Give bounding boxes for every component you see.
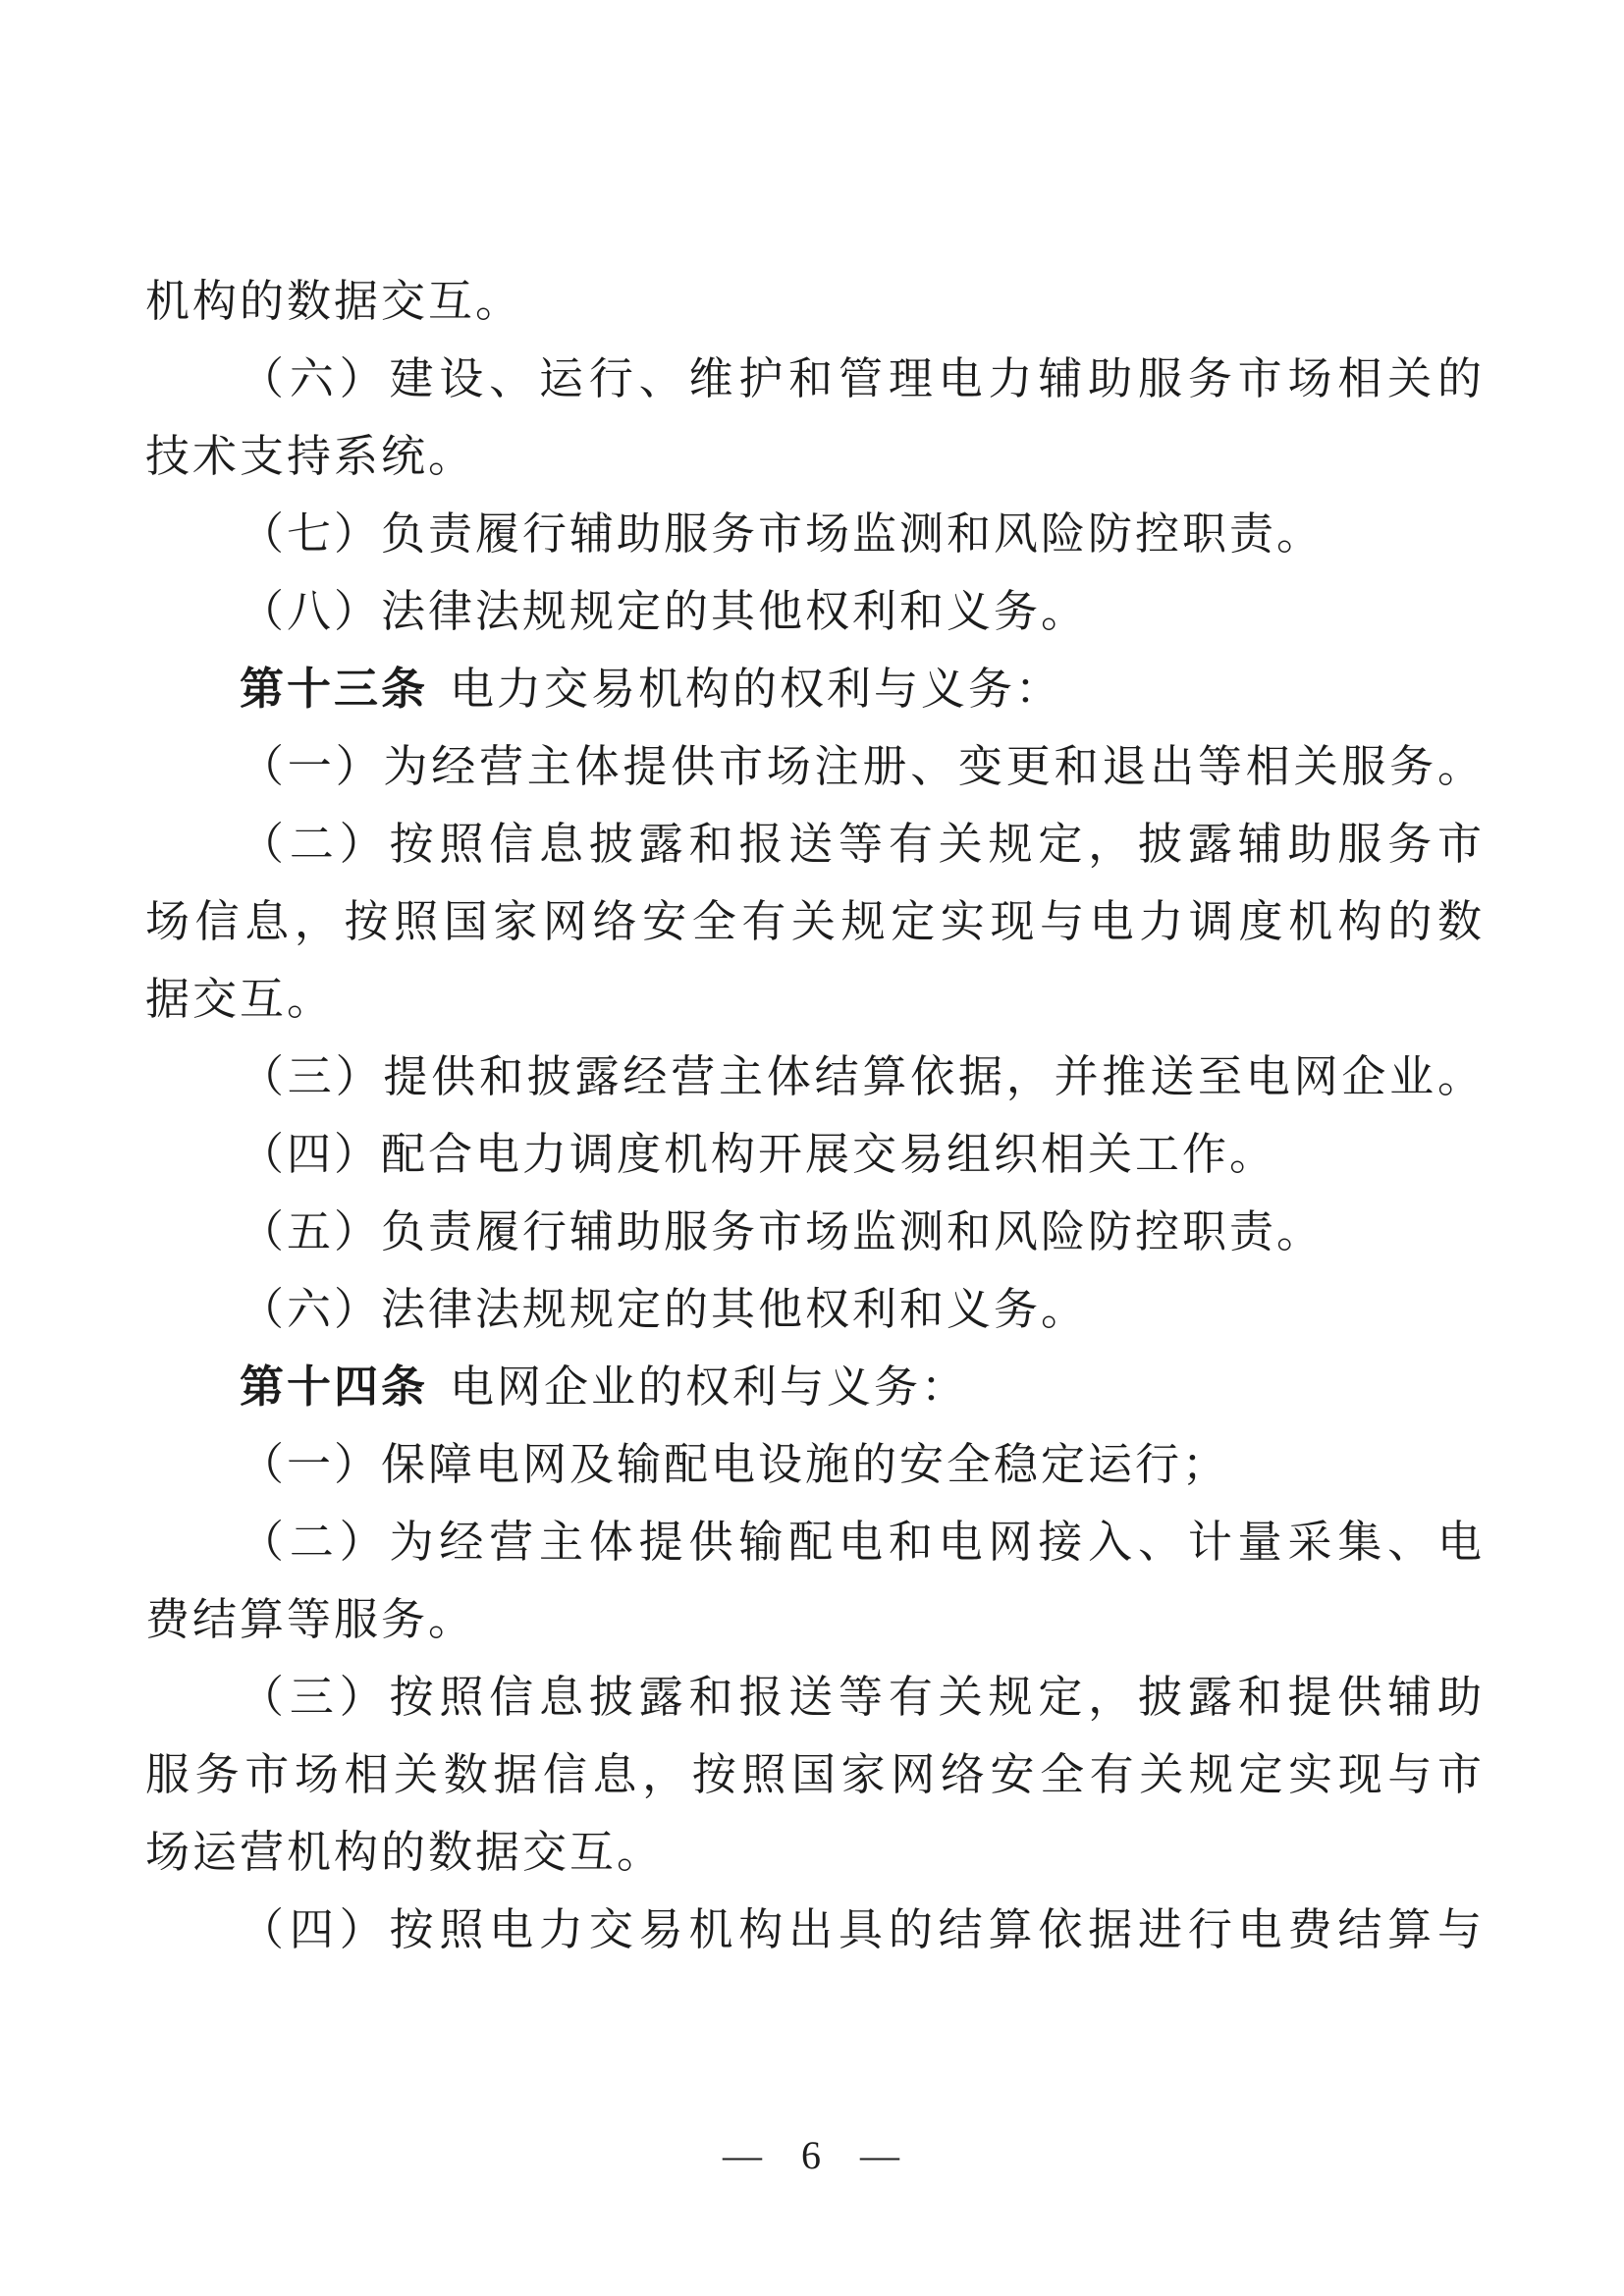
document-page: 机构的数据交互。（六）建设、运行、维护和管理电力辅助服务市场相关的技术支持系统。… (0, 0, 1624, 2296)
text-line: 服务市场相关数据信息，按照国家网络安全有关规定实现与市 (145, 1736, 1485, 1814)
text-line: （四）按照电力交易机构出具的结算依据进行电费结算与 (145, 1892, 1485, 1969)
text-line: （六）建设、运行、维护和管理电力辅助服务市场相关的 (145, 341, 1485, 418)
text-line: 第十四条电网企业的权利与义务： (145, 1349, 1485, 1426)
text-line: （七）负责履行辅助服务市场监测和风险防控职责。 (145, 496, 1485, 573)
text-line: 技术支持系统。 (145, 418, 1485, 496)
page-number: — 6 — (0, 2132, 1624, 2178)
text-line: （二）为经营主体提供输配电和电网接入、计量采集、电 (145, 1504, 1485, 1581)
text-line: （五）负责履行辅助服务市场监测和风险防控职责。 (145, 1194, 1485, 1271)
text-line: （三）提供和披露经营主体结算依据，并推送至电网企业。 (145, 1039, 1485, 1116)
text-line: （三）按照信息披露和报送等有关规定，披露和提供辅助 (145, 1659, 1485, 1736)
article-number: 第十三条 (240, 665, 428, 714)
text-line: （一）为经营主体提供市场注册、变更和退出等相关服务。 (145, 728, 1485, 806)
text-line: （四）配合电力调度机构开展交易组织相关工作。 (145, 1116, 1485, 1194)
text-line: （八）法律法规规定的其他权利和义务。 (145, 573, 1485, 651)
document-body: 机构的数据交互。（六）建设、运行、维护和管理电力辅助服务市场相关的技术支持系统。… (145, 263, 1485, 1969)
text-line: （一）保障电网及输配电设施的安全稳定运行； (145, 1426, 1485, 1504)
text-line: （六）法律法规规定的其他权利和义务。 (145, 1271, 1485, 1349)
text-line: 费结算等服务。 (145, 1581, 1485, 1659)
article-number: 第十四条 (240, 1362, 428, 1412)
text-line: 场运营机构的数据交互。 (145, 1814, 1485, 1892)
text-line: （二）按照信息披露和报送等有关规定，披露辅助服务市 (145, 806, 1485, 883)
text-line: 据交互。 (145, 961, 1485, 1039)
text-line: 机构的数据交互。 (145, 263, 1485, 341)
text-line: 第十三条电力交易机构的权利与义务： (145, 651, 1485, 728)
text-line: 场信息，按照国家网络安全有关规定实现与电力调度机构的数 (145, 883, 1485, 961)
